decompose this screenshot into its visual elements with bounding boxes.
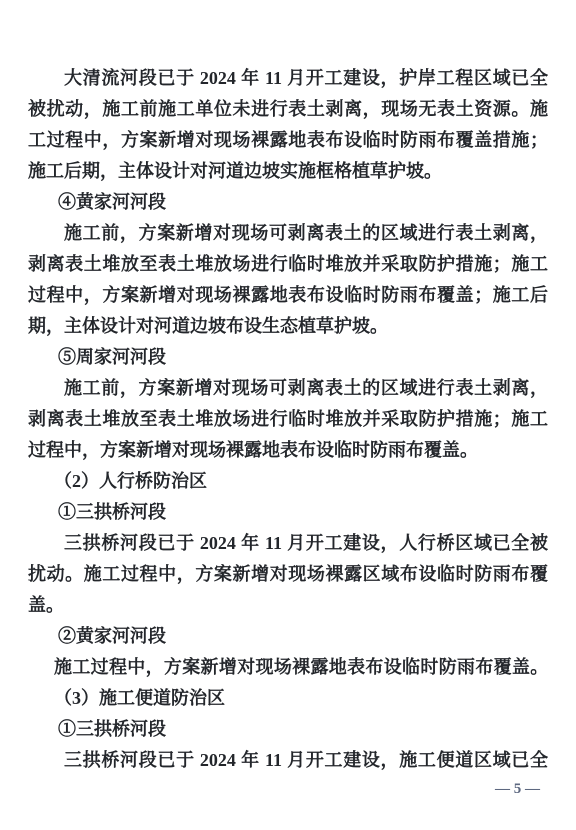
text-line: 剥离表土堆放至表土堆放场进行临时堆放并采取防护措施；施工 [28, 404, 548, 435]
text-line: ①三拱桥河段 [28, 497, 548, 528]
text-line: 剥离表土堆放至表土堆放场进行临时堆放并采取防护措施；施工 [28, 249, 548, 280]
page-number: — 5 — [495, 781, 540, 797]
text-line: 工过程中，方案新增对现场裸露地表布设临时防雨布覆盖措施； [28, 125, 548, 156]
text-line: （3）施工便道防治区 [28, 683, 548, 714]
text-line: ④黄家河河段 [28, 187, 548, 218]
text-line: 大清流河段已于 2024 年 11 月开工建设，护岸工程区域已全 [28, 63, 548, 94]
text-line: 盖。 [28, 590, 548, 621]
text-line: ①三拱桥河段 [28, 714, 548, 745]
text-line: 期，主体设计对河道边坡布设生态植草护坡。 [28, 311, 548, 342]
text-line: 过程中，方案新增对现场裸露地表布设临时防雨布覆盖；施工后 [28, 280, 548, 311]
page-body: 大清流河段已于 2024 年 11 月开工建设，护岸工程区域已全被扰动，施工前施… [28, 63, 548, 776]
text-line: 施工前，方案新增对现场可剥离表土的区域进行表土剥离， [28, 218, 548, 249]
text-line: ⑤周家河河段 [28, 342, 548, 373]
page-footer: — 5 — [495, 781, 540, 797]
text-line: （2）人行桥防治区 [28, 466, 548, 497]
text-line: 施工后期，主体设计对河道边坡实施框格植草护坡。 [28, 156, 548, 187]
text-line: 三拱桥河段已于 2024 年 11 月开工建设，人行桥区域已全被 [28, 528, 548, 559]
document-page: 大清流河段已于 2024 年 11 月开工建设，护岸工程区域已全被扰动，施工前施… [0, 0, 576, 830]
text-line: 三拱桥河段已于 2024 年 11 月开工建设，施工便道区域已全 [28, 745, 548, 776]
text-line: 施工过程中，方案新增对现场裸露地表布设临时防雨布覆盖。 [28, 652, 548, 683]
text-line: 被扰动，施工前施工单位未进行表土剥离，现场无表土资源。施 [28, 94, 548, 125]
text-line: 过程中，方案新增对现场裸露地表布设临时防雨布覆盖。 [28, 435, 548, 466]
text-line: 扰动。施工过程中，方案新增对现场裸露区域布设临时防雨布覆 [28, 559, 548, 590]
text-line: ②黄家河河段 [28, 621, 548, 652]
text-line: 施工前，方案新增对现场可剥离表土的区域进行表土剥离， [28, 373, 548, 404]
